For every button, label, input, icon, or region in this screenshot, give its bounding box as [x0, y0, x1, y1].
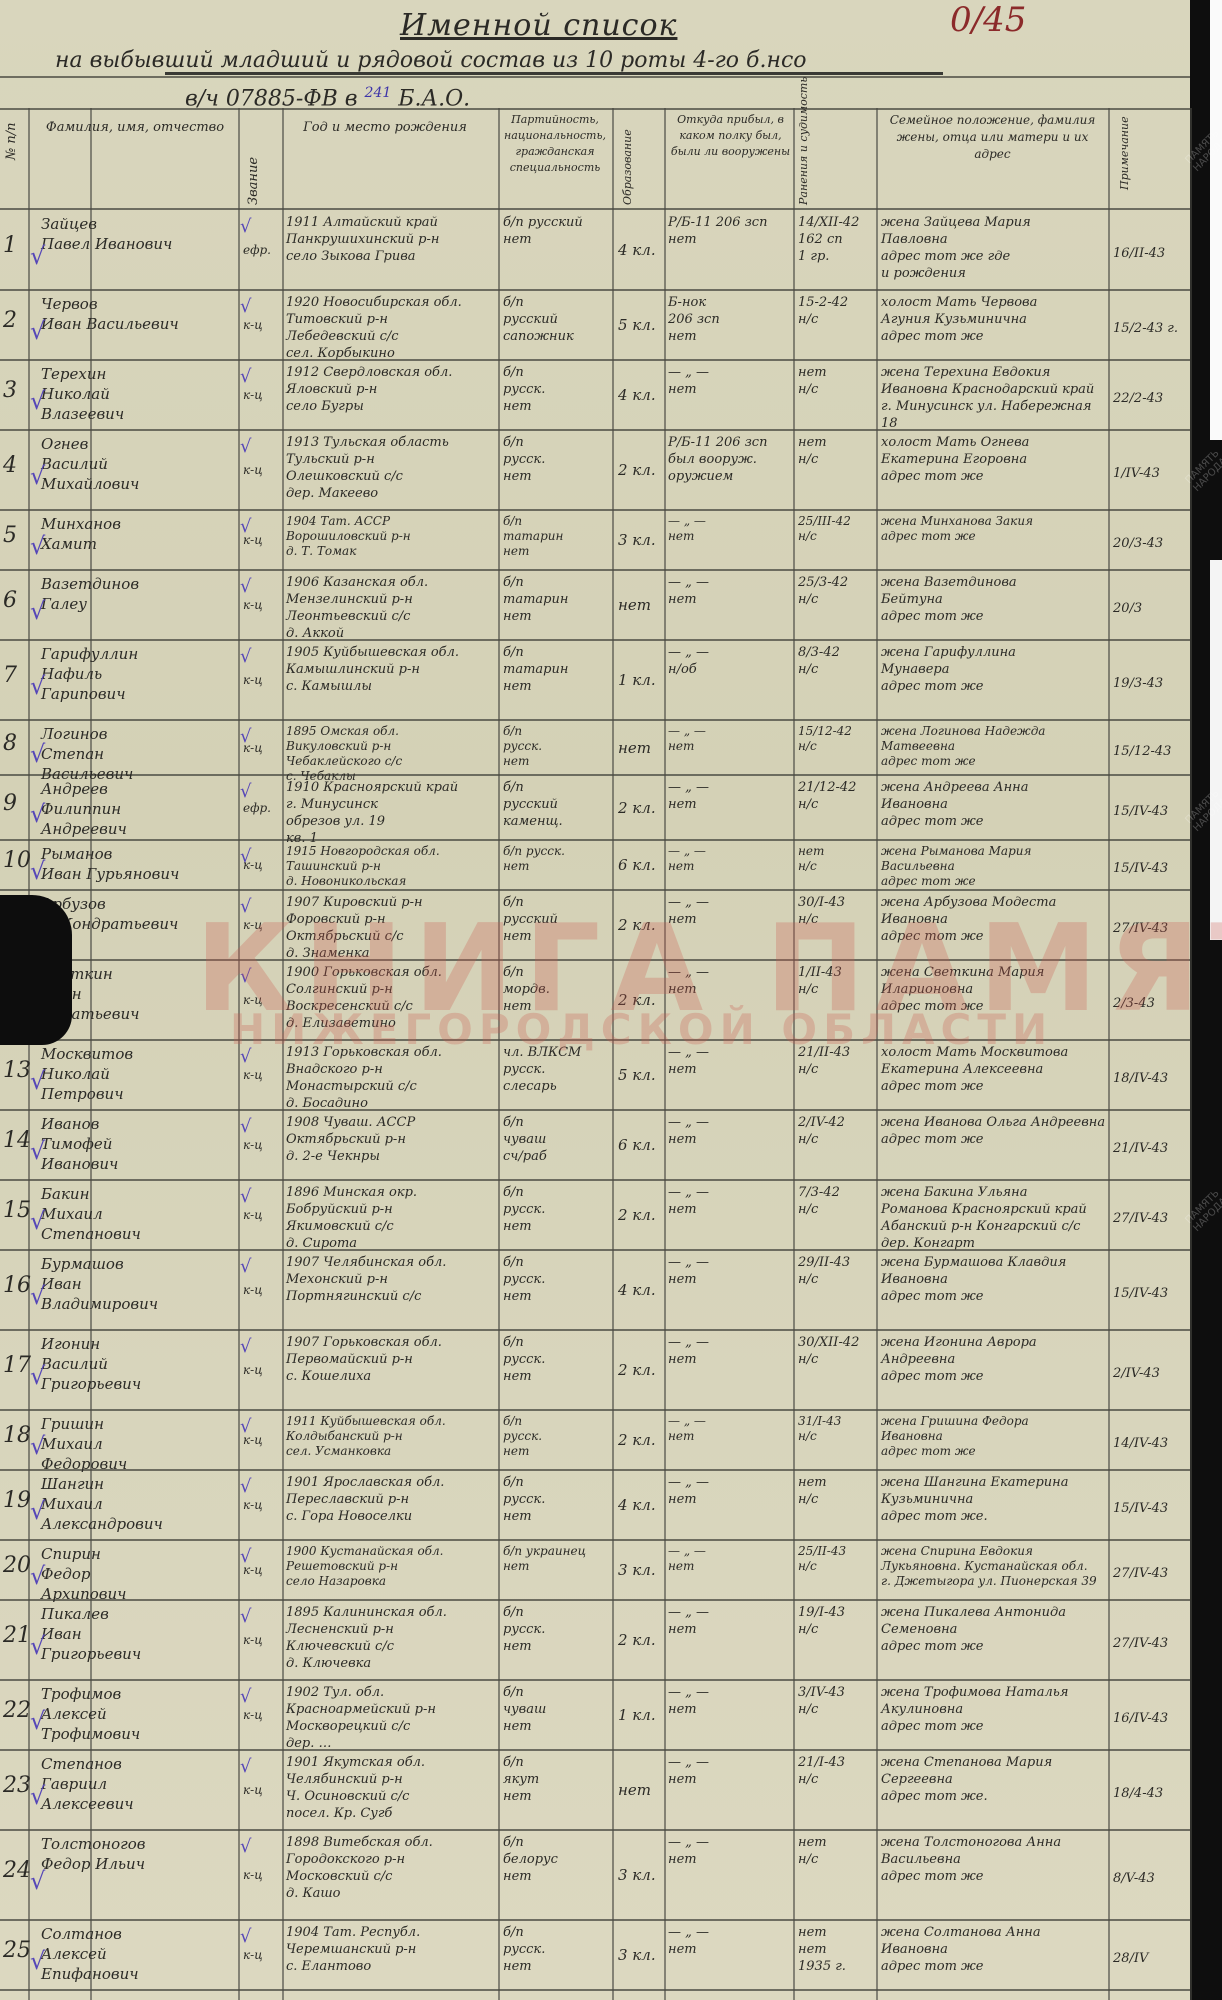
cell-birth: 1913 Горьковская обл. Внадского р-н Мона… — [286, 1044, 501, 1112]
cell-family: холост Мать Огнева Екатерина Егоровна ад… — [881, 434, 1111, 485]
cell-name: Пикалев Иван Григорьевич — [41, 1604, 239, 1664]
cell-party: б/п татарин нет — [503, 514, 615, 559]
cell-wounds: 21/I-43 н/с — [798, 1754, 878, 1788]
cell-birth: 1907 Челябинская обл. Мехонский р-н Порт… — [286, 1254, 501, 1305]
cell-origin: — „ — нет — [668, 1544, 796, 1574]
table-row: 25Солтанов Алексей Епифановичк-ц1904 Тат… — [0, 1920, 1190, 1990]
table-row: 19Шангин Михаил Александровичк-ц1901 Яро… — [0, 1470, 1190, 1540]
check-mark-icon: √ — [30, 672, 45, 700]
check-mark-icon: √ — [240, 1606, 251, 1627]
cell-edu: 2 кл. — [618, 1360, 666, 1380]
cell-party: б/п русский нет — [503, 214, 615, 248]
cell-edu: 1 кл. — [618, 1705, 666, 1725]
cell-birth: 1913 Тульская область Тульский р-н Олешк… — [286, 434, 501, 502]
cell-num: 10 — [3, 851, 31, 871]
cell-wounds: нет н/с — [798, 1474, 878, 1508]
table-row: 23Степанов Гавриил Алексеевичк-ц1901 Яку… — [0, 1750, 1190, 1830]
cell-birth: 1910 Красноярский край г. Минусинск обре… — [286, 779, 501, 847]
cell-party: б/п русск. нет — [503, 434, 615, 485]
watermark-sub: НИЖЕГОРОДСКОЙ ОБЛАСТИ — [230, 1005, 1053, 1054]
cell-name: Вазетдинов Галеу — [41, 574, 239, 614]
cell-birth: 1895 Калининская обл. Лесненский р-н Клю… — [286, 1604, 501, 1672]
cell-rank: к-ц — [243, 1780, 283, 1800]
cell-party: б/п татарин нет — [503, 574, 615, 625]
check-mark-icon: √ — [30, 857, 45, 885]
cell-name: Гришин Михаил Федорович — [41, 1414, 239, 1474]
cell-rank: к-ц — [243, 1865, 283, 1885]
cell-rank: к-ц — [243, 315, 283, 335]
cell-family: холост Мать Червова Агуния Кузьминична а… — [881, 294, 1111, 345]
cell-family: жена Гарифуллина Мунавера адрес тот же — [881, 644, 1111, 695]
table-row: 7Гарифуллин Нафиль Гариповичк-ц1905 Куйб… — [0, 640, 1190, 720]
cell-name: Зайцев Павел Иванович — [41, 214, 239, 254]
cell-num: 8 — [3, 734, 31, 754]
check-mark-icon: √ — [240, 1116, 251, 1137]
cell-origin: — „ — нет — [668, 364, 796, 398]
cell-origin: — „ — нет — [668, 1834, 796, 1868]
cell-birth: 1902 Тул. обл. Красноармейский р-н Москв… — [286, 1684, 501, 1752]
cell-note: 27/IV-43 — [1113, 1564, 1191, 1584]
cell-party: б/п русск. нет — [503, 1254, 615, 1305]
check-mark-icon: √ — [240, 1546, 251, 1567]
cell-note: 15/IV-43 — [1113, 802, 1191, 822]
document-title: Именной список — [400, 8, 677, 43]
cell-wounds: нет нет 1935 г. — [798, 1924, 878, 1975]
cell-family: жена Бурмашова Клавдия Ивановна адрес то… — [881, 1254, 1111, 1305]
check-mark-icon: √ — [240, 646, 251, 667]
cell-edu: 4 кл. — [618, 240, 666, 260]
cell-wounds: 15-2-42 н/с — [798, 294, 878, 328]
cell-edu: нет — [618, 595, 666, 615]
cell-family: жена Минханова Закия адрес тот же — [881, 514, 1111, 544]
cell-party: б/п русск. нет — [503, 1414, 615, 1459]
column-header-name: Фамилия, имя, отчество — [35, 118, 235, 137]
table-row: 17Игонин Василий Григорьевичк-ц1907 Горь… — [0, 1330, 1190, 1410]
cell-note: 14/IV-43 — [1113, 1434, 1191, 1454]
cell-num: 22 — [3, 1701, 31, 1721]
cell-wounds: 25/III-42 н/с — [798, 514, 878, 544]
cell-birth: 1911 Алтайский край Панкрушихинский р-н … — [286, 214, 501, 265]
table-row: 4Огнев Василий Михайловичк-ц1913 Тульска… — [0, 430, 1190, 510]
cell-edu: нет — [618, 1780, 666, 1800]
cell-rank: к-ц — [243, 1945, 283, 1965]
cell-wounds: нет н/с — [798, 364, 878, 398]
cell-edu: 5 кл. — [618, 1065, 666, 1085]
cell-note: 1/IV-43 — [1113, 464, 1191, 484]
check-mark-icon: √ — [30, 1497, 45, 1525]
cell-origin: — „ — нет — [668, 1414, 796, 1444]
cell-family: жена Вазетдинова Бейтуна адрес тот же — [881, 574, 1111, 625]
table-row: 2Червов Иван Васильевичк-ц1920 Новосибир… — [0, 290, 1190, 360]
cell-birth: 1904 Тат. АССР Ворошиловский р-н д. Т. Т… — [286, 514, 501, 559]
cell-name: Гарифуллин Нафиль Гарипович — [41, 644, 239, 704]
cell-edu: 4 кл. — [618, 385, 666, 405]
cell-party: б/п русский сапожник — [503, 294, 615, 345]
check-mark-icon: √ — [30, 800, 45, 828]
check-mark-icon: √ — [240, 296, 251, 317]
cell-edu: 3 кл. — [618, 530, 666, 550]
cell-num: 13 — [3, 1061, 31, 1081]
cell-num: 3 — [3, 381, 31, 401]
cell-origin: — „ — н/об — [668, 644, 796, 678]
rule-line — [0, 76, 1190, 78]
cell-note: 2/IV-43 — [1113, 1364, 1191, 1384]
cell-family: жена Степанова Мария Сергеевна адрес тот… — [881, 1754, 1111, 1805]
check-mark-icon: √ — [240, 436, 251, 457]
check-mark-icon: √ — [240, 576, 251, 597]
column-header-origin: Откуда прибыл, в каком полку был, были л… — [668, 112, 793, 160]
cell-note: 15/12-43 — [1113, 742, 1191, 762]
check-mark-icon: √ — [30, 1632, 45, 1660]
cell-birth: 1901 Ярославская обл. Переславский р-н с… — [286, 1474, 501, 1525]
cell-edu: 2 кл. — [618, 1430, 666, 1450]
table-row: 21Пикалев Иван Григорьевичк-ц1895 Калини… — [0, 1600, 1190, 1680]
check-mark-icon: √ — [30, 532, 45, 560]
cell-origin: — „ — нет — [668, 779, 796, 813]
cell-rank: к-ц — [243, 1705, 283, 1725]
cell-family: жена Гришина Федора Ивановна адрес тот ж… — [881, 1414, 1111, 1459]
cell-wounds: 19/I-43 н/с — [798, 1604, 878, 1638]
cell-rank: к-ц — [243, 1135, 283, 1155]
cell-wounds: 25/II-43 н/с — [798, 1544, 878, 1574]
cell-num: 1 — [3, 236, 31, 256]
cell-edu: 6 кл. — [618, 1135, 666, 1155]
cell-party: б/п чуваш сч/раб — [503, 1114, 615, 1165]
cell-name: Червов Иван Васильевич — [41, 294, 239, 334]
cell-wounds: нет н/с — [798, 1834, 878, 1868]
cell-edu: 2 кл. — [618, 798, 666, 818]
cell-wounds: 8/3-42 н/с — [798, 644, 878, 678]
check-mark-icon: √ — [30, 1947, 45, 1975]
table-row: 5Минханов Хамитк-ц1904 Тат. АССР Ворошил… — [0, 510, 1190, 570]
cell-name: Толстоногов Федор Ильич — [41, 1834, 239, 1874]
check-mark-icon: √ — [30, 1867, 45, 1895]
cell-birth: 1905 Куйбышевская обл. Камышлинский р-н … — [286, 644, 501, 695]
cell-family: жена Бакина Ульяна Романова Красноярский… — [881, 1184, 1111, 1252]
cell-rank: к-ц — [243, 1205, 283, 1225]
cell-num: 15 — [3, 1201, 31, 1221]
cell-party: б/п русск. нет — [503, 844, 615, 874]
check-mark-icon: √ — [240, 781, 251, 802]
cell-name: Шангин Михаил Александрович — [41, 1474, 239, 1534]
cell-name: Терехин Николай Влазеевич — [41, 364, 239, 424]
check-mark-icon: √ — [30, 1137, 45, 1165]
cell-party: б/п чуваш нет — [503, 1684, 615, 1735]
table-row: 1Зайцев Павел Ивановичефр.1911 Алтайский… — [0, 210, 1190, 290]
torn-paper-hole — [0, 895, 72, 1045]
column-header-birth: Год и место рождения — [285, 118, 485, 137]
check-mark-icon: √ — [30, 462, 45, 490]
cell-family: жена Шангина Екатерина Кузьминична адрес… — [881, 1474, 1111, 1525]
cell-origin: — „ — нет — [668, 844, 796, 874]
cell-party: б/п русск. нет — [503, 1474, 615, 1525]
cell-note: 15/IV-43 — [1113, 1499, 1191, 1519]
cell-num: 9 — [3, 794, 31, 814]
cell-edu: 4 кл. — [618, 1495, 666, 1515]
cell-wounds: 2/IV-42 н/с — [798, 1114, 878, 1148]
cell-edu: 3 кл. — [618, 1945, 666, 1965]
cell-wounds: нет н/с — [798, 434, 878, 468]
cell-party: б/п русск. нет — [503, 364, 615, 415]
cell-rank: к-ц — [243, 1360, 283, 1380]
check-mark-icon: √ — [240, 1186, 251, 1207]
cell-edu: 2 кл. — [618, 1205, 666, 1225]
cell-rank: к-ц — [243, 670, 283, 690]
check-mark-icon: √ — [30, 1432, 45, 1460]
cell-origin: — „ — нет — [668, 1754, 796, 1788]
cell-wounds: 21/12-42 н/с — [798, 779, 878, 813]
cell-note: 28/IV — [1113, 1949, 1191, 1969]
cell-note: 15/IV-43 — [1113, 1284, 1191, 1304]
cell-party: б/п белорус нет — [503, 1834, 615, 1885]
cell-edu: 4 кл. — [618, 1280, 666, 1300]
cell-num: 17 — [3, 1356, 31, 1376]
cell-wounds: 31/I-43 н/с — [798, 1414, 878, 1444]
cell-edu: 2 кл. — [618, 460, 666, 480]
cell-party: б/п русск. нет — [503, 724, 615, 769]
cell-note: 27/IV-43 — [1113, 1209, 1191, 1229]
cell-name: Солтанов Алексей Епифанович — [41, 1924, 239, 1984]
cell-origin: — „ — нет — [668, 574, 796, 608]
cell-family: жена Логинова Надежда Матвеевна адрес то… — [881, 724, 1111, 769]
cell-wounds: 3/IV-43 н/с — [798, 1684, 878, 1718]
check-mark-icon: √ — [30, 242, 45, 270]
cell-party: б/п татарин нет — [503, 644, 615, 695]
cell-rank: к-ц — [243, 1495, 283, 1515]
cell-num: 24 — [3, 1861, 31, 1881]
table-row: 14Иванов Тимофей Ивановичк-ц1908 Чуваш. … — [0, 1110, 1190, 1180]
cell-note: 20/3 — [1113, 599, 1191, 619]
cell-family: жена Солтанова Анна Ивановна адрес тот ж… — [881, 1924, 1111, 1975]
cell-family: жена Зайцева Мария Павловна адрес тот же… — [881, 214, 1111, 282]
check-mark-icon: √ — [240, 1336, 251, 1357]
cell-birth: 1900 Кустанайская обл. Решетовский р-н с… — [286, 1544, 501, 1589]
cell-wounds: 30/XII-42 н/с — [798, 1334, 878, 1368]
cell-party: б/п русск. нет — [503, 1604, 615, 1655]
cell-birth: 1911 Куйбышевская обл. Колдыбанский р-н … — [286, 1414, 501, 1459]
archive-mark: 0/45 — [950, 0, 1026, 40]
cell-name: Спирин Федор Архипович — [41, 1544, 239, 1604]
check-mark-icon: √ — [240, 1476, 251, 1497]
cell-birth: 1898 Витебская обл. Городокского р-н Мос… — [286, 1834, 501, 1902]
cell-num: 23 — [3, 1776, 31, 1796]
cell-edu: 2 кл. — [618, 1630, 666, 1650]
cell-family: жена Рыманова Мария Васильевна адрес тот… — [881, 844, 1111, 889]
cell-party: б/п русский каменщ. — [503, 779, 615, 830]
cell-rank: к-ц — [243, 1065, 283, 1085]
table-row: 24Толстоногов Федор Ильичк-ц1898 Витебск… — [0, 1830, 1190, 1920]
cell-num: 19 — [3, 1491, 31, 1511]
cell-num: 14 — [3, 1131, 31, 1151]
check-mark-icon: √ — [30, 387, 45, 415]
cell-party: б/п русск. нет — [503, 1924, 615, 1975]
cell-family: жена Андреева Анна Ивановна адрес тот же — [881, 779, 1111, 830]
cell-name: Москвитов Николай Петрович — [41, 1044, 239, 1104]
cell-origin: — „ — нет — [668, 1924, 796, 1958]
cell-name: Иванов Тимофей Иванович — [41, 1114, 239, 1174]
check-mark-icon: √ — [240, 516, 251, 537]
check-mark-icon: √ — [240, 1416, 251, 1437]
table-row: 18Гришин Михаил Федоровичк-ц1911 Куйбыше… — [0, 1410, 1190, 1470]
rule-line — [0, 108, 1190, 110]
cell-num: 25 — [3, 1941, 31, 1961]
check-mark-icon: √ — [30, 1282, 45, 1310]
cell-family: жена Спирина Евдокия Лукьяновна. Кустана… — [881, 1544, 1111, 1589]
table-row: 22Трофимов Алексей Трофимовичк-ц1902 Тул… — [0, 1680, 1190, 1750]
cell-birth: 1915 Новгородская обл. Ташинский р-н д. … — [286, 844, 501, 889]
cell-origin: — „ — нет — [668, 1604, 796, 1638]
check-mark-icon: √ — [240, 1836, 251, 1857]
cell-note: 15/IV-43 — [1113, 859, 1191, 879]
check-mark-icon: √ — [240, 1686, 251, 1707]
cell-party: б/п русск. нет — [503, 1334, 615, 1385]
cell-edu: 3 кл. — [618, 1560, 666, 1580]
cell-party: б/п русск. нет — [503, 1184, 615, 1235]
cell-family: жена Игонина Аврора Андреевна адрес тот … — [881, 1334, 1111, 1385]
check-mark-icon: √ — [30, 1207, 45, 1235]
cell-note: 16/II-43 — [1113, 244, 1191, 264]
cell-num: 20 — [3, 1556, 31, 1576]
scan-white-strip — [1210, 560, 1222, 940]
cell-name: Минханов Хамит — [41, 514, 239, 554]
check-mark-icon: √ — [30, 1782, 45, 1810]
cell-rank: к-ц — [243, 385, 283, 405]
cell-note: 16/IV-43 — [1113, 1709, 1191, 1729]
cell-name: Рыманов Иван Гурьянович — [41, 844, 239, 884]
cell-wounds: 7/3-42 н/с — [798, 1184, 878, 1218]
table-row: 10Рыманов Иван Гурьяновичк-ц1915 Новгоро… — [0, 840, 1190, 890]
check-mark-icon: √ — [240, 726, 251, 747]
cell-origin: — „ — нет — [668, 1684, 796, 1718]
check-mark-icon: √ — [240, 1756, 251, 1777]
check-mark-icon: √ — [240, 216, 251, 237]
cell-note: 20/3-43 — [1113, 534, 1191, 554]
document-subtitle: на выбывший младший и рядовой состав из … — [55, 48, 807, 73]
cell-origin: — „ — нет — [668, 1254, 796, 1288]
cell-family: жена Иванова Ольга Андреевна адрес тот ж… — [881, 1114, 1111, 1148]
cell-origin: — „ — нет — [668, 514, 796, 544]
cell-name: Степанов Гавриил Алексеевич — [41, 1754, 239, 1814]
cell-wounds: 15/12-42 н/с — [798, 724, 878, 754]
check-mark-icon: √ — [240, 846, 251, 867]
cell-wounds: 14/XII-42 162 сп 1 гр. — [798, 214, 878, 265]
column-header-family: Семейное положение, фамилия жены, отца и… — [880, 112, 1105, 163]
cell-party: б/п украинец нет — [503, 1544, 615, 1574]
cell-family: жена Терехина Евдокия Ивановна Краснодар… — [881, 364, 1111, 432]
cell-note: 8/V-43 — [1113, 1869, 1191, 1889]
cell-rank: к-ц — [243, 595, 283, 615]
check-mark-icon: √ — [30, 1362, 45, 1390]
cell-birth: 1920 Новосибирская обл. Титовский р-н Ле… — [286, 294, 501, 362]
cell-note: 27/IV-43 — [1113, 1634, 1191, 1654]
cell-birth: 1906 Казанская обл. Мензелинский р-н Лео… — [286, 574, 501, 642]
cell-num: 16 — [3, 1276, 31, 1296]
table-row: 20Спирин Федор Архиповичк-ц1900 Кустанай… — [0, 1540, 1190, 1600]
table-row: 16Бурмашов Иван Владимировичк-ц1907 Челя… — [0, 1250, 1190, 1330]
table-row: 6Вазетдинов Галеук-ц1906 Казанская обл. … — [0, 570, 1190, 640]
cell-origin: — „ — нет — [668, 1184, 796, 1218]
table-row: 9Андреев Филиппин Андреевичефр.1910 Крас… — [0, 775, 1190, 840]
cell-note: 19/3-43 — [1113, 674, 1191, 694]
column-header-rank: Звание — [244, 157, 263, 205]
cell-birth: 1907 Горьковская обл. Первомайский р-н с… — [286, 1334, 501, 1385]
cell-edu: 5 кл. — [618, 315, 666, 335]
scan-white-strip — [1210, 0, 1222, 440]
check-mark-icon: √ — [30, 597, 45, 625]
cell-rank: к-ц — [243, 460, 283, 480]
cell-name: Андреев Филиппин Андреевич — [41, 779, 239, 839]
cell-name: Бакин Михаил Степанович — [41, 1184, 239, 1244]
cell-rank: ефр. — [243, 240, 283, 260]
cell-name: Трофимов Алексей Трофимович — [41, 1684, 239, 1744]
check-mark-icon: √ — [30, 740, 45, 768]
cell-family: жена Толстоногова Анна Васильевна адрес … — [881, 1834, 1111, 1885]
cell-wounds: 25/3-42 н/с — [798, 574, 878, 608]
table-row: 8Логинов Степан Васильевичк-ц1895 Омская… — [0, 720, 1190, 775]
cell-origin: Р/Б-11 206 зсп был вооруж. оружием — [668, 434, 796, 485]
row-divider — [0, 1989, 1190, 1991]
column-header-note: Примечание — [1115, 116, 1134, 190]
cell-num: 4 — [3, 456, 31, 476]
cell-origin: Б-нок 206 зсп нет — [668, 294, 796, 345]
check-mark-icon: √ — [30, 1562, 45, 1590]
cell-origin: — „ — нет — [668, 1474, 796, 1508]
cell-num: 6 — [3, 591, 31, 611]
cell-birth: 1896 Минская окр. Бобруйский р-н Якимовс… — [286, 1184, 501, 1252]
check-mark-icon: √ — [30, 1707, 45, 1735]
cell-edu: 3 кл. — [618, 1865, 666, 1885]
cell-num: 7 — [3, 666, 31, 686]
cell-edu: 6 кл. — [618, 855, 666, 875]
unit-correction: 241 — [365, 85, 392, 101]
cell-name: Огнев Василий Михайлович — [41, 434, 239, 494]
cell-num: 5 — [3, 526, 31, 546]
cell-rank: к-ц — [243, 1630, 283, 1650]
cell-num: 18 — [3, 1426, 31, 1446]
cell-note: 22/2-43 — [1113, 389, 1191, 409]
cell-birth: 1908 Чуваш. АССР Октябрьский р-н д. 2-е … — [286, 1114, 501, 1165]
cell-birth: 1912 Свердловская обл. Яловский р-н село… — [286, 364, 501, 415]
cell-note: 21/IV-43 — [1113, 1139, 1191, 1159]
cell-origin: — „ — нет — [668, 1334, 796, 1368]
check-mark-icon: √ — [30, 1067, 45, 1095]
table-row: 3Терехин Николай Влазеевичк-ц1912 Свердл… — [0, 360, 1190, 430]
cell-edu: 1 кл. — [618, 670, 666, 690]
cell-edu: нет — [618, 738, 666, 758]
cell-num: 2 — [3, 311, 31, 331]
cell-note: 15/2-43 г. — [1113, 319, 1191, 339]
check-mark-icon: √ — [240, 366, 251, 387]
check-mark-icon: √ — [240, 1926, 251, 1947]
cell-birth: 1904 Тат. Республ. Черемшанский р-н с. Е… — [286, 1924, 501, 1975]
column-header-party: Партийность, национальность, гражданская… — [500, 112, 610, 176]
cell-party: б/п якут нет — [503, 1754, 615, 1805]
cell-rank: к-ц — [243, 1280, 283, 1300]
cell-name: Бурмашов Иван Владимирович — [41, 1254, 239, 1314]
cell-family: жена Пикалева Антонида Семеновна адрес т… — [881, 1604, 1111, 1655]
cell-note: 18/4-43 — [1113, 1784, 1191, 1804]
column-header-edu: Образование — [618, 129, 637, 205]
cell-origin: Р/Б-11 206 зсп нет — [668, 214, 796, 248]
cell-note: 18/IV-43 — [1113, 1069, 1191, 1089]
cell-birth: 1901 Якутская обл. Челябинский р-н Ч. Ос… — [286, 1754, 501, 1822]
check-mark-icon: √ — [30, 317, 45, 345]
check-mark-icon: √ — [240, 1256, 251, 1277]
cell-wounds: 29/II-43 н/с — [798, 1254, 878, 1288]
column-header-num: № п/п — [2, 122, 21, 160]
table-row: 15Бакин Михаил Степановичк-ц1896 Минская… — [0, 1180, 1190, 1250]
cell-origin: — „ — нет — [668, 1114, 796, 1148]
